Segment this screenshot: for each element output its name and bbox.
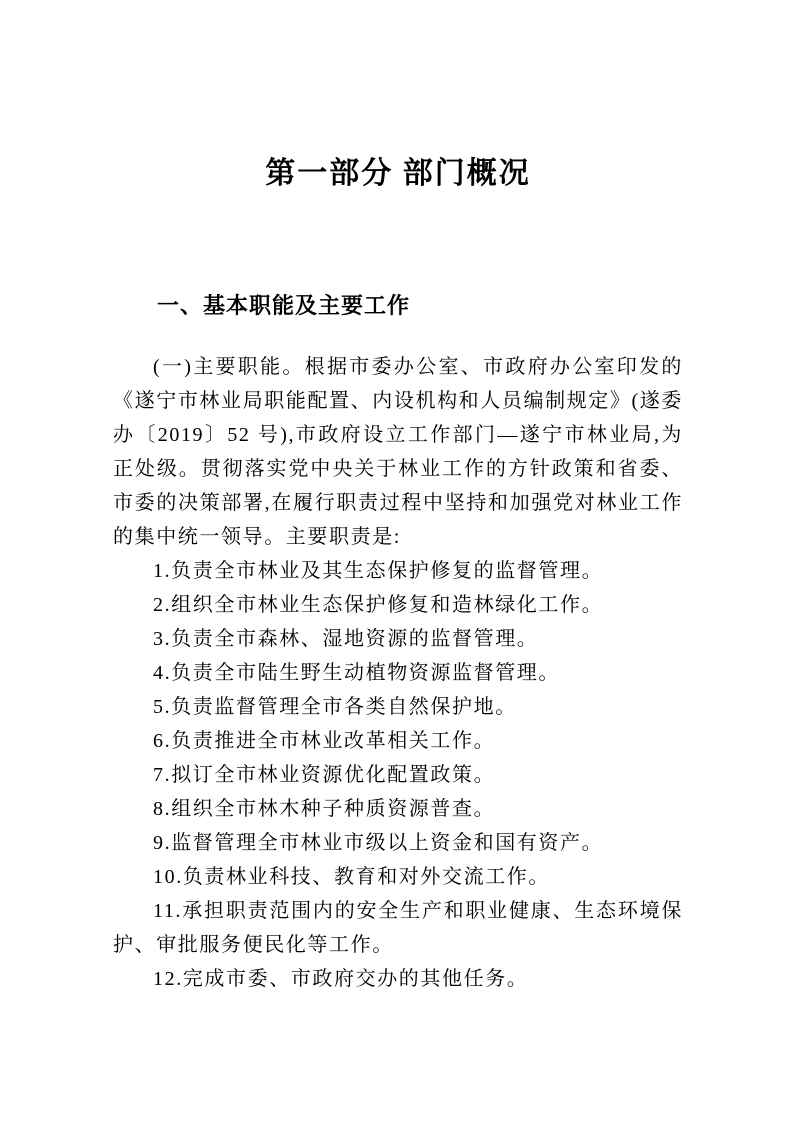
duty-item-5: 5.负责监督管理全市各类自然保护地。 [113, 690, 683, 724]
document-page: 第一部分 部门概况 一、基本职能及主要工作 (一)主要职能。根据市委办公室、市政… [0, 0, 793, 1122]
section-heading: 一、基本职能及主要工作 [113, 288, 683, 324]
duty-item-7: 7.拟订全市林业资源优化配置政策。 [113, 758, 683, 792]
duty-item-4: 4.负责全市陆生野生动植物资源监督管理。 [113, 656, 683, 690]
duty-item-12: 12.完成市委、市政府交办的其他任务。 [113, 962, 683, 996]
duty-item-3: 3.负责全市森林、湿地资源的监督管理。 [113, 622, 683, 656]
duty-item-2: 2.组织全市林业生态保护修复和造林绿化工作。 [113, 588, 683, 622]
intro-paragraph: (一)主要职能。根据市委办公室、市政府办公室印发的《遂宁市林业局职能配置、内设机… [113, 350, 683, 554]
duty-item-11: 11.承担职责范围内的安全生产和职业健康、生态环境保护、审批服务便民化等工作。 [113, 894, 683, 962]
duty-item-1: 1.负责全市林业及其生态保护修复的监督管理。 [113, 554, 683, 588]
document-title: 第一部分 部门概况 [113, 152, 683, 196]
duty-item-10: 10.负责林业科技、教育和对外交流工作。 [113, 860, 683, 894]
duty-item-9: 9.监督管理全市林业市级以上资金和国有资产。 [113, 826, 683, 860]
document-body: (一)主要职能。根据市委办公室、市政府办公室印发的《遂宁市林业局职能配置、内设机… [113, 350, 683, 996]
duty-item-6: 6.负责推进全市林业改革相关工作。 [113, 724, 683, 758]
duty-item-8: 8.组织全市林木种子种质资源普查。 [113, 792, 683, 826]
